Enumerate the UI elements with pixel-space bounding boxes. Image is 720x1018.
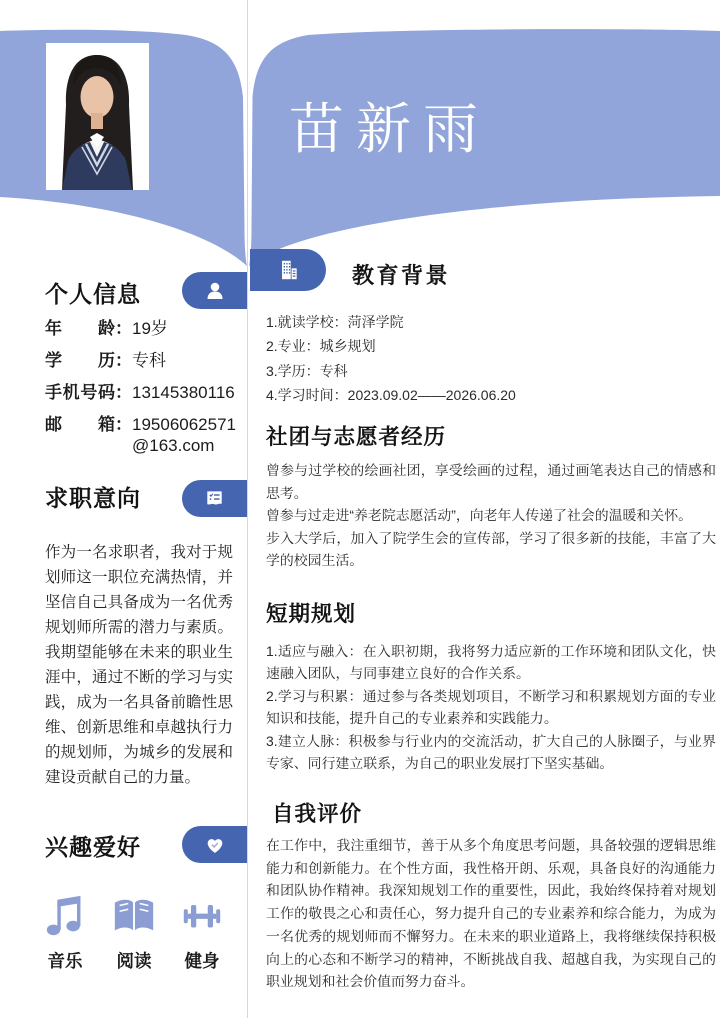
education-badge <box>250 249 326 291</box>
education-title: 教育背景 <box>352 259 450 290</box>
info-label: 邮箱 <box>45 414 115 456</box>
education-item: 1.就读学校：菏泽学院 <box>266 310 716 334</box>
hobby-item-music: 音乐 <box>27 893 103 973</box>
job-intention-title: 求职意向 <box>45 480 141 513</box>
plan-item: 1.适应与融入：在入职初期，我将努力适应新的工作环境和团队文化，快速融入团队，与… <box>266 640 716 685</box>
education-item: 2.专业：城乡规划 <box>266 334 716 358</box>
checklist-icon <box>203 487 226 510</box>
education-item: 4.学习时间：2023.09.02——2026.06.20 <box>266 383 716 407</box>
resume-page: 苗新雨 个人信息 年龄：19岁 学历：专科 手机号码：13145380116 邮… <box>0 0 720 1018</box>
clubs-paragraph: 曾参与过学校的绘画社团，享受绘画的过程，通过画笔表达自己的情感和思考。 <box>266 459 716 504</box>
short-term-plan-title: 短期规划 <box>266 597 356 628</box>
info-value: 13145380116 <box>132 382 247 403</box>
info-row-phone: 手机号码：13145380116 <box>45 382 247 403</box>
short-term-plan-text: 1.适应与融入：在入职初期，我将努力适应新的工作环境和团队文化，快速融入团队，与… <box>266 640 716 774</box>
info-label: 手机号码 <box>45 382 115 403</box>
dumbbell-icon <box>179 893 225 939</box>
info-value: 19岁 <box>132 318 247 339</box>
building-icon <box>275 257 301 283</box>
hobby-label: 阅读 <box>96 948 172 973</box>
plan-item: 3.建立人脉：积极参与行业内的交流活动，扩大自己的人脉圈子，与业界专家、同行建立… <box>266 730 716 775</box>
clubs-text: 曾参与过学校的绘画社团，享受绘画的过程，通过画笔表达自己的情感和思考。 曾参与过… <box>266 459 716 572</box>
plan-item: 2.学习与积累：通过参与各类规划项目，不断学习和积累规划方面的专业知识和技能，提… <box>266 685 716 730</box>
self-evaluation-title: 自我评价 <box>272 797 362 828</box>
clubs-paragraph: 步入大学后，加入了院学生会的宣传部，学习了很多新的技能，丰富了大学的校园生活。 <box>266 527 716 572</box>
info-colon: ： <box>115 382 132 403</box>
hobby-item-reading: 阅读 <box>96 893 172 973</box>
hobbies-title: 兴趣爱好 <box>45 829 141 862</box>
personal-info-badge <box>182 272 247 309</box>
info-row-degree: 学历：专科 <box>45 350 247 371</box>
info-row-email: 邮箱：19506062571@163.com <box>45 414 247 456</box>
job-intention-badge <box>182 480 247 517</box>
hobbies-badge <box>182 826 247 863</box>
candidate-name: 苗新雨 <box>289 85 490 164</box>
music-note-icon <box>42 893 88 939</box>
info-colon: ： <box>115 350 132 371</box>
id-photo <box>46 43 149 190</box>
open-book-icon <box>111 893 157 939</box>
hobby-label: 健身 <box>164 948 240 973</box>
self-evaluation-text: 在工作中，我注重细节，善于从多个角度思考问题，具备较强的逻辑思维能力和创新能力。… <box>266 834 716 993</box>
person-icon <box>203 279 227 303</box>
education-item: 3.学历：专科 <box>266 359 716 383</box>
info-label: 年龄 <box>45 318 115 339</box>
heart-icon <box>203 833 227 857</box>
hobby-item-fitness: 健身 <box>164 893 240 973</box>
job-intention-text: 作为一名求职者，我对于规划师这一职位充满热情，并坚信自己具备成为一名优秀规划师所… <box>45 540 233 790</box>
personal-info-title: 个人信息 <box>45 276 141 309</box>
info-value: 专科 <box>132 350 247 371</box>
info-row-age: 年龄：19岁 <box>45 318 247 339</box>
info-label: 学历 <box>45 350 115 371</box>
clubs-title: 社团与志愿者经历 <box>266 420 446 451</box>
info-colon: ： <box>115 414 132 456</box>
info-colon: ： <box>115 318 132 339</box>
hobby-label: 音乐 <box>27 948 103 973</box>
education-list: 1.就读学校：菏泽学院 2.专业：城乡规划 3.学历：专科 4.学习时间：202… <box>266 310 716 407</box>
personal-info-list: 年龄：19岁 学历：专科 手机号码：13145380116 邮箱：1950606… <box>45 318 247 467</box>
clubs-paragraph: 曾参与过走进“养老院志愿活动”，向老年人传递了社会的温暖和关怀。 <box>266 504 716 527</box>
info-value: 19506062571@163.com <box>132 414 247 456</box>
